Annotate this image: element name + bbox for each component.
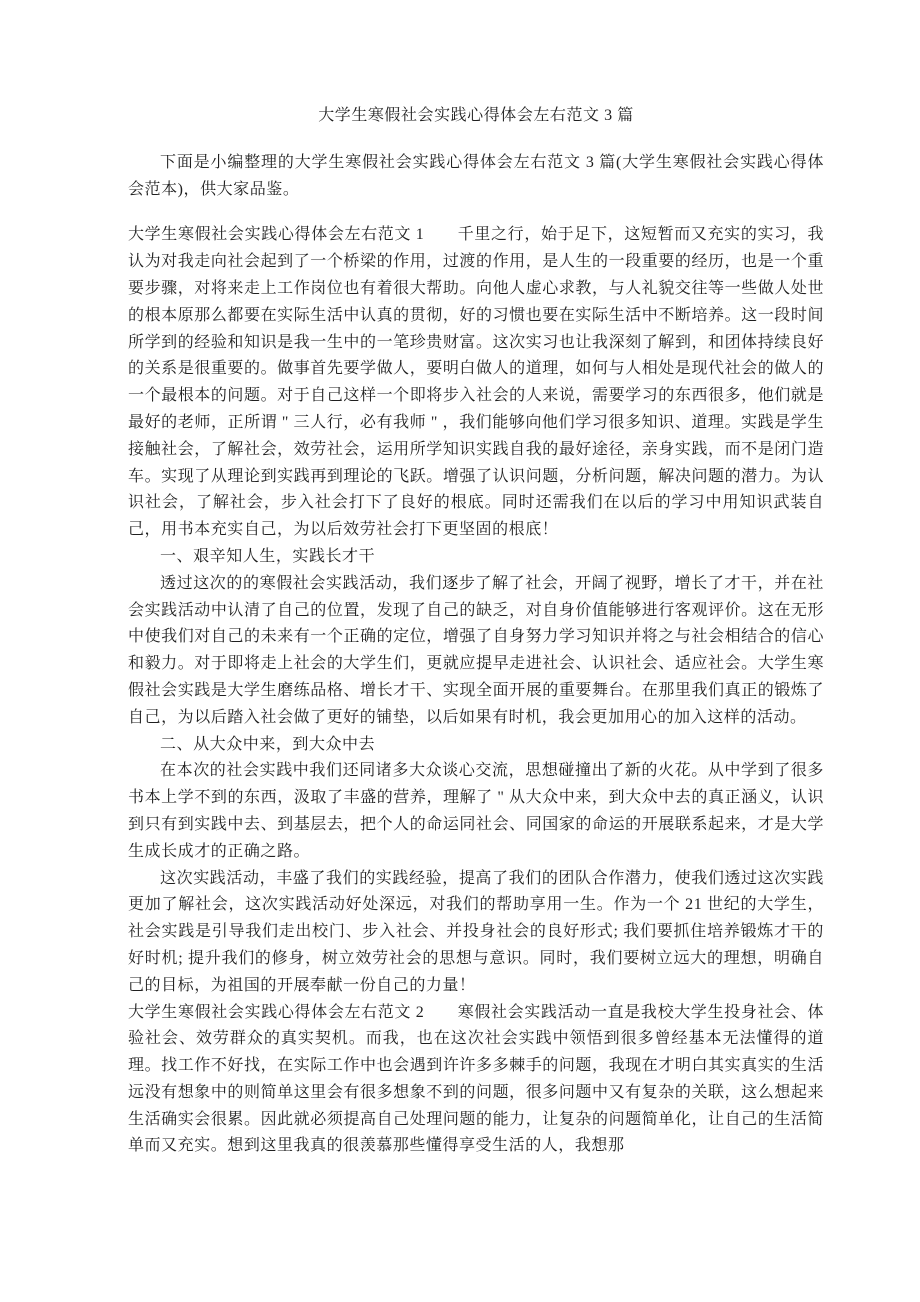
essay-2-paragraph: 大学生寒假社会实践心得体会左右范文 2 寒假社会实践活动一直是我校大学生投身社会… <box>128 1000 824 1161</box>
intro-paragraph: 下面是小编整理的大学生寒假社会实践心得体会左右范文 3 篇(大学生寒假社会实践心… <box>128 150 824 204</box>
section-heading-1: 一、艰辛知人生，实践长才干 <box>128 544 824 571</box>
essay-1-section-2-paragraph: 在本次的社会实践中我们还同诸多大众谈心交流，思想碰撞出了新的火花。从中学到了很多… <box>128 758 824 865</box>
essay-1-closing-paragraph: 这次实践活动，丰盛了我们的实践经验，提高了我们的团队合作潜力，使我们透过这次实践… <box>128 866 824 1000</box>
essay-title: 大学生寒假社会实践心得体会左右范文 3 篇 <box>128 103 824 130</box>
document-body: 大学生寒假社会实践心得体会左右范文 3 篇 下面是小编整理的大学生寒假社会实践心… <box>128 103 824 1160</box>
essay-1-section-1-paragraph: 透过这次的的寒假社会实践活动，我们逐步了解了社会，开阔了视野，增长了才干，并在社… <box>128 571 824 732</box>
document-page: 大学生寒假社会实践心得体会左右范文 3 篇 下面是小编整理的大学生寒假社会实践心… <box>0 0 920 1302</box>
essay-1-paragraph: 大学生寒假社会实践心得体会左右范文 1 千里之行，始于足下，这短暂而又充实的实习… <box>128 222 824 544</box>
section-heading-2: 二、从大众中来，到大众中去 <box>128 732 824 759</box>
